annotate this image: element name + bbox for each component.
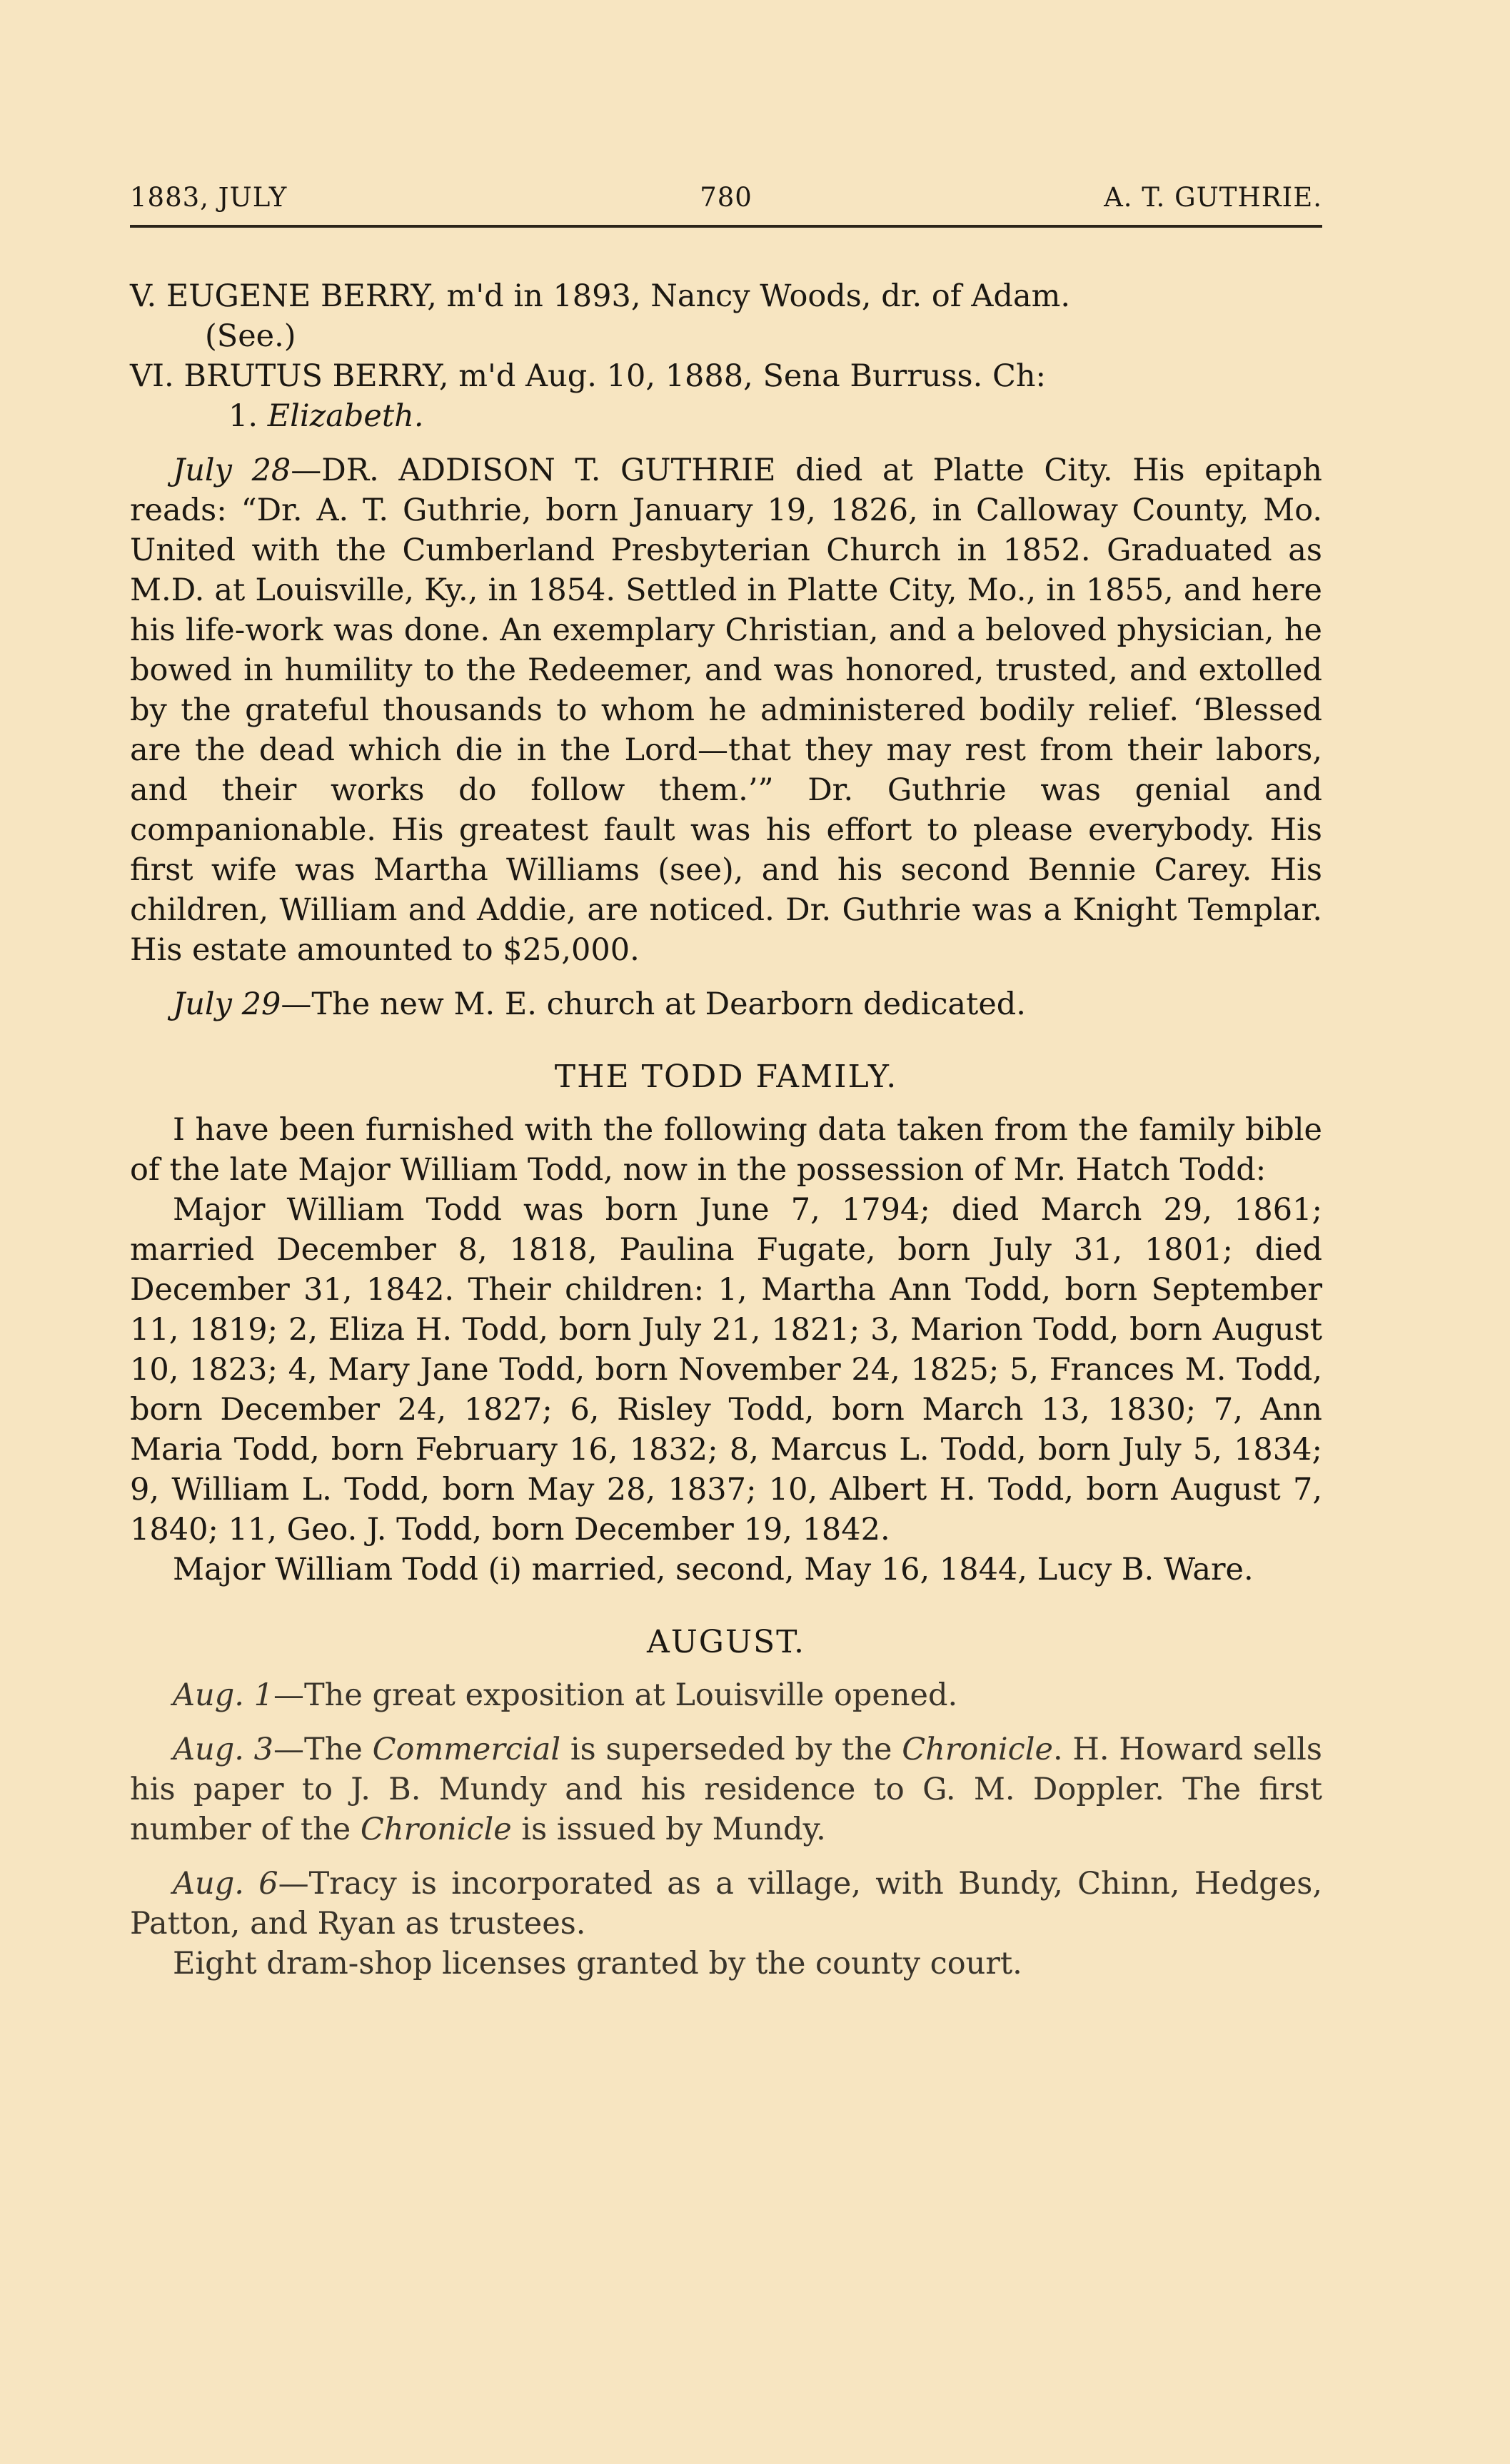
section-heading-todd-family: THE TODD FAMILY. (130, 1057, 1322, 1097)
entry-date: Aug. 3 (173, 1732, 273, 1767)
entry-text: —DR. ADDISON T. GUTHRIE died at Platte C… (130, 453, 1322, 968)
entry-date: Aug. 6 (173, 1866, 278, 1902)
todd-intro: I have been furnished with the following… (130, 1110, 1322, 1190)
spacer (130, 970, 1322, 984)
entry-text: —Tracy is incorporated as a village, wit… (130, 1866, 1322, 1942)
newspaper-title: Chronicle (361, 1812, 512, 1847)
newspaper-title: Chronicle (902, 1732, 1053, 1767)
entry-text: —The (273, 1732, 373, 1767)
newspaper-title: Commercial (373, 1732, 561, 1767)
spacer (130, 1024, 1322, 1039)
entry-text: —The great exposition at Louisville open… (273, 1677, 957, 1713)
entry-aug-3: Aug. 3—The Commercial is superseded by t… (130, 1730, 1322, 1849)
entry-text: BRUTUS BERRY, m'd Aug. 10, 1888, Sena Bu… (183, 358, 1046, 394)
todd-second-marriage: Major William Todd (i) married, second, … (130, 1550, 1322, 1590)
spacer (130, 1849, 1322, 1864)
entry-date: Aug. 1 (173, 1677, 273, 1713)
entry-aug-1: Aug. 1—The great exposition at Louisvill… (130, 1675, 1322, 1715)
entry-july-29: July 29—The new M. E. church at Dearborn… (130, 984, 1322, 1024)
todd-record: Major William Todd was born June 7, 1794… (130, 1190, 1322, 1550)
section-heading-august: AUGUST. (130, 1622, 1322, 1662)
entry-text: is superseded by the (560, 1732, 902, 1767)
entry-numeral: V. (130, 278, 156, 314)
child-name: Elizabeth. (268, 398, 424, 434)
entry-text: —The new M. E. church at Dearborn dedica… (281, 986, 1026, 1022)
header-rule (130, 225, 1322, 228)
berry-entry-v-continuation: (See.) (130, 316, 1322, 356)
spacer (130, 1715, 1322, 1730)
entry-text: EUGENE BERRY, m'd in 1893, Nancy Woods, … (166, 278, 1070, 314)
child-number: 1. (228, 398, 268, 434)
entry-dram-shop: Eight dram-shop licenses granted by the … (130, 1944, 1322, 1984)
book-page: 1883, JULY 780 A. T. GUTHRIE. V. EUGENE … (130, 182, 1322, 1984)
entry-date: July 28 (173, 453, 291, 488)
entry-aug-6: Aug. 6—Tracy is incorporated as a villag… (130, 1864, 1322, 1944)
entry-date: July 29 (173, 986, 281, 1022)
entry-numeral: VI. (130, 358, 174, 394)
spacer (130, 1590, 1322, 1604)
entry-text: is issued by Mundy. (512, 1812, 826, 1847)
running-head-right: A. T. GUTHRIE. (1104, 182, 1322, 213)
berry-entry-vi: VI. BRUTUS BERRY, m'd Aug. 10, 1888, Sen… (130, 356, 1322, 396)
spacer (130, 436, 1322, 450)
berry-entry-v: V. EUGENE BERRY, m'd in 1893, Nancy Wood… (130, 276, 1322, 316)
berry-entry-vi-children: 1. Elizabeth. (130, 396, 1322, 436)
running-head: 1883, JULY 780 A. T. GUTHRIE. (130, 182, 1322, 223)
entry-july-28: July 28—DR. ADDISON T. GUTHRIE died at P… (130, 450, 1322, 970)
running-head-left: 1883, JULY (130, 182, 287, 213)
